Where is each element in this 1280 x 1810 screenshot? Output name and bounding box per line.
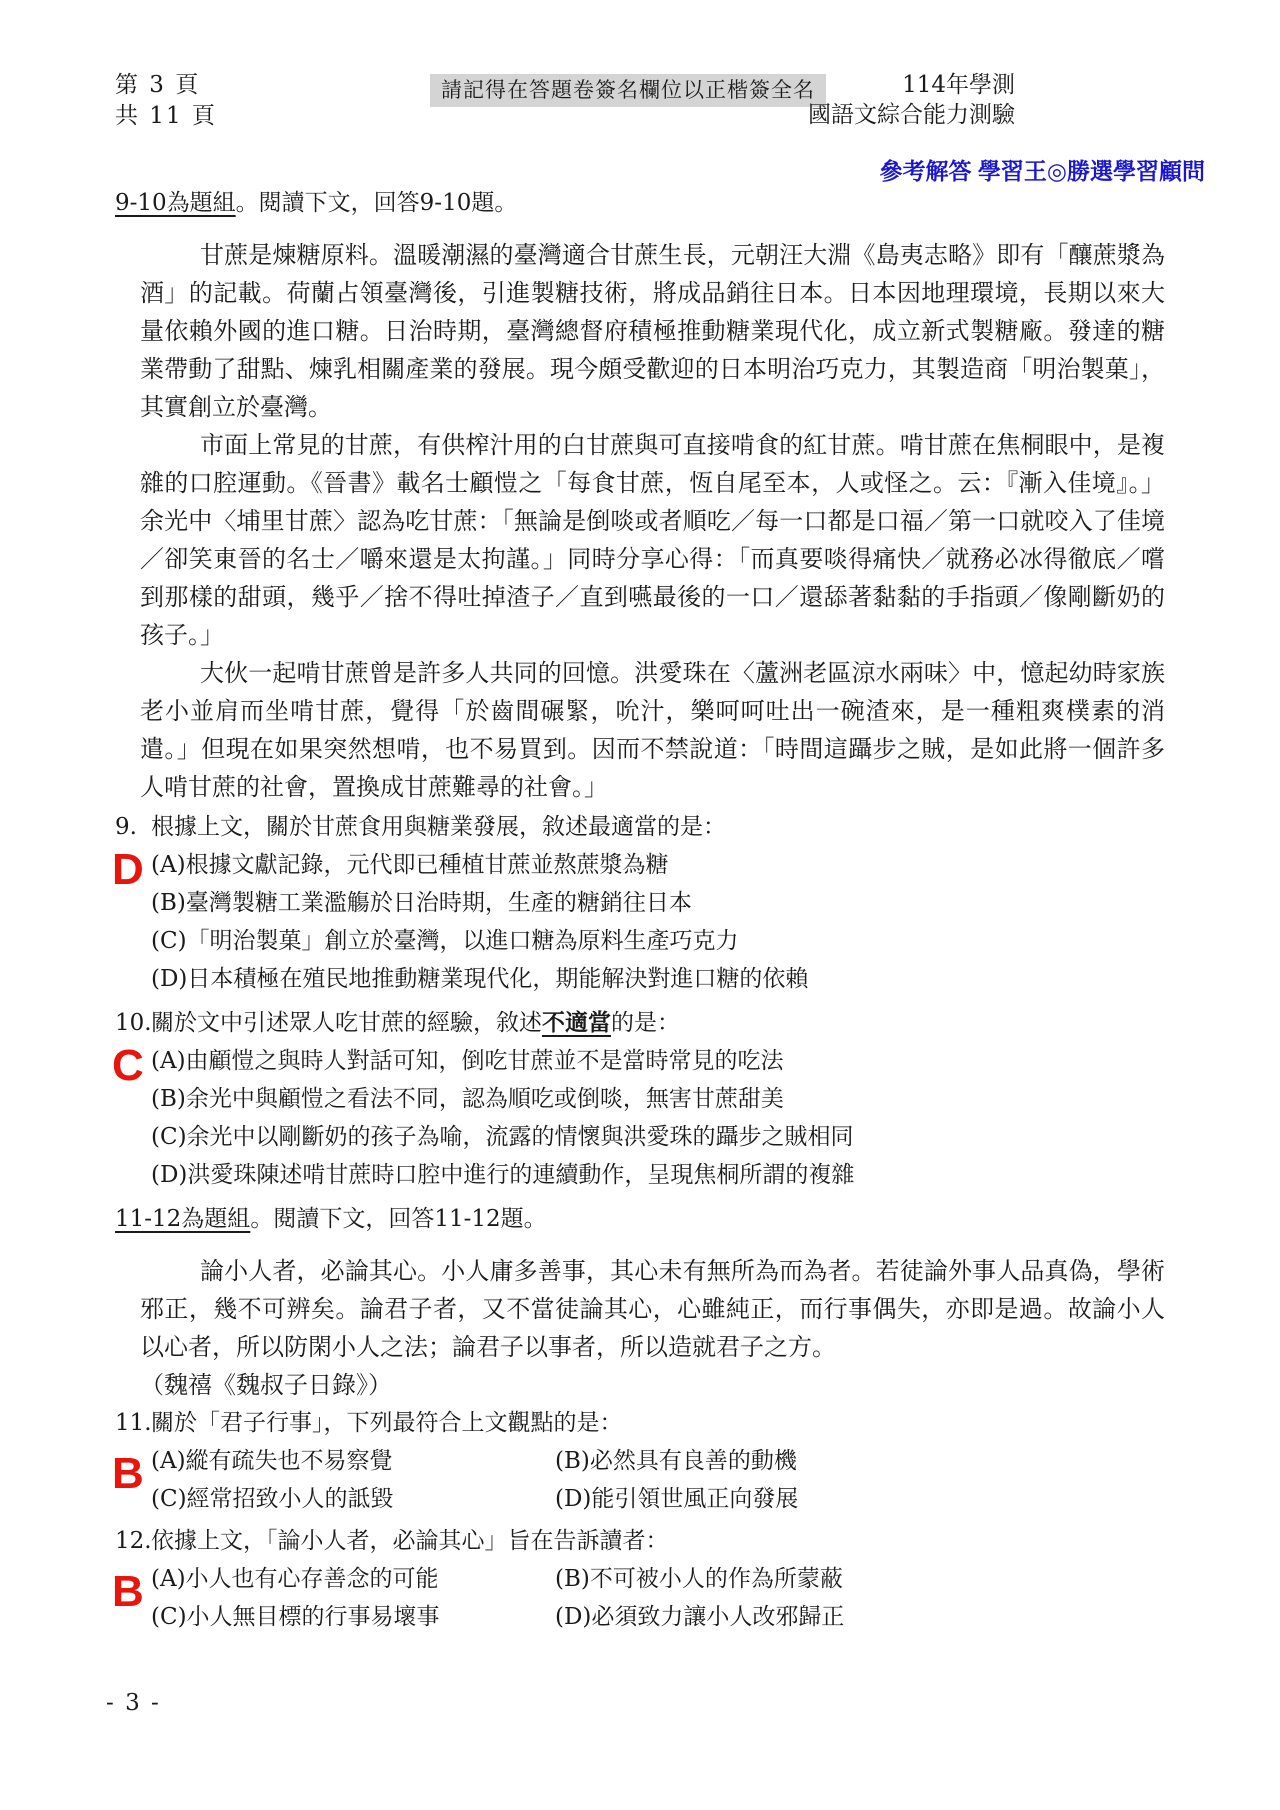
question-9-option-b: (B)臺灣製糖工業濫觴於日治時期，生產的糖銷往日本	[151, 884, 1165, 922]
question-9-answer-mark: D	[112, 848, 144, 892]
question-10-option-c: (C)余光中以剛斷奶的孩子為喻，流露的情懷與洪愛珠的躡步之賊相同	[151, 1118, 1165, 1156]
question-9-option-d: (D)日本積極在殖民地推動糖業現代化，期能解決對進口糖的依賴	[151, 960, 1165, 998]
passage-paragraph: 市面上常見的甘蔗，有供榨汁用的白甘蔗與可直接啃食的紅甘蔗。啃甘蔗在焦桐眼中，是複…	[140, 426, 1165, 654]
page-footer: - 3 -	[106, 1690, 161, 1716]
question-10-option-b: (B)余光中與顧愷之看法不同，認為順吃或倒啖，無害甘蔗甜美	[151, 1080, 1165, 1118]
exam-title-block: 114年學測 國語文綜合能力測驗	[808, 70, 1015, 130]
question-9-option-a: (A)根據文獻記錄，元代即已種植甘蔗並熬蔗漿為糖	[151, 846, 1165, 884]
question-11-option-d: (D)能引領世風正向發展	[555, 1480, 1165, 1518]
question-12-answer-mark: B	[112, 1570, 144, 1614]
page-count-block: 第 3 頁 共 11 頁	[115, 70, 217, 132]
group-11-12-label: 11-12為題組	[115, 1206, 250, 1232]
question-10-stem-post: 的是：	[611, 1010, 680, 1036]
question-10-option-d: (D)洪愛珠陳述啃甘蔗時口腔中進行的連續動作，呈現焦桐所謂的複雜	[151, 1156, 1165, 1194]
group-11-12-intro: 11-12為題組。閱讀下文，回答11-12題。	[115, 1204, 1165, 1234]
question-11-option-c: (C)經常招致小人的詆毀	[151, 1480, 555, 1518]
question-9-stem: 根據上文，關於甘蔗食用與糖業發展，敘述最適當的是：	[151, 808, 1165, 846]
question-10-stem-emphasis: 不適當	[542, 1009, 611, 1036]
exam-subject: 國語文綜合能力測驗	[808, 100, 1015, 130]
page-number-line: 第 3 頁	[115, 70, 217, 101]
passage-paragraph: 大伙一起啃甘蔗曾是許多人共同的回憶。洪愛珠在〈蘆洲老區涼水兩味〉中，憶起幼時家族…	[140, 654, 1165, 806]
group-9-10-label: 9-10為題組	[115, 190, 236, 216]
passage-source: （魏禧《魏叔子日錄》）	[140, 1366, 1165, 1404]
passage-paragraph: 甘蔗是煉糖原料。溫暖潮濕的臺灣適合甘蔗生長，元朝汪大淵《島夷志略》即有「釀蔗漿為…	[140, 236, 1165, 426]
exam-content: 9-10為題組。閱讀下文，回答9-10題。 甘蔗是煉糖原料。溫暖潮濕的臺灣適合甘…	[115, 188, 1165, 1636]
question-9-number: 9.	[115, 808, 137, 846]
group-9-10-intro: 9-10為題組。閱讀下文，回答9-10題。	[115, 188, 1165, 218]
question-12-option-a: (A)小人也有心存善念的可能	[151, 1560, 555, 1598]
question-12-option-b: (B)不可被小人的作為所蒙蔽	[555, 1560, 1165, 1598]
passage-sugarcane: 甘蔗是煉糖原料。溫暖潮濕的臺灣適合甘蔗生長，元朝汪大淵《島夷志略》即有「釀蔗漿為…	[140, 236, 1165, 806]
total-pages-line: 共 11 頁	[115, 101, 217, 132]
question-10-stem-pre: 關於文中引述眾人吃甘蔗的經驗，敘述	[151, 1010, 542, 1036]
question-10-stem: 關於文中引述眾人吃甘蔗的經驗，敘述不適當的是：	[151, 1004, 1165, 1042]
question-11-option-a: (A)縱有疏失也不易察覺	[151, 1442, 555, 1480]
signature-notice: 請記得在答題卷簽名欄位以正楷簽全名	[430, 74, 826, 107]
question-11-options: (A)縱有疏失也不易察覺 (B)必然具有良善的動機 (C)經常招致小人的詆毀 (…	[151, 1442, 1165, 1518]
question-11-stem: 關於「君子行事」，下列最符合上文觀點的是：	[151, 1404, 1165, 1442]
question-10: 10. 關於文中引述眾人吃甘蔗的經驗，敘述不適當的是： C (A)由顧愷之與時人…	[115, 1004, 1165, 1194]
question-12-option-c: (C)小人無目標的行事易壞事	[151, 1598, 555, 1636]
question-12-option-d: (D)必須致力讓小人改邪歸正	[555, 1598, 1165, 1636]
question-12-options: (A)小人也有心存善念的可能 (B)不可被小人的作為所蒙蔽 (C)小人無目標的行…	[151, 1560, 1165, 1636]
question-9-option-c: (C)「明治製菓」創立於臺灣，以進口糖為原料生產巧克力	[151, 922, 1165, 960]
question-11-answer-mark: B	[112, 1452, 144, 1496]
exam-year: 114年學測	[808, 70, 1015, 100]
question-11-number: 11.	[115, 1404, 152, 1442]
group-9-10-instruction: 。閱讀下文，回答9-10題。	[236, 190, 518, 216]
question-10-option-a: (A)由顧愷之與時人對話可知，倒吃甘蔗並不是當時常見的吃法	[151, 1042, 1165, 1080]
passage-paragraph: 論小人者，必論其心。小人庸多善事，其心未有無所為而為者。若徒論外事人品真偽，學術…	[140, 1252, 1165, 1366]
answer-key-watermark: 參考解答 學習王◎勝選學習顧問	[880, 157, 1205, 185]
passage-weixi: 論小人者，必論其心。小人庸多善事，其心未有無所為而為者。若徒論外事人品真偽，學術…	[140, 1252, 1165, 1404]
question-10-number: 10.	[115, 1004, 152, 1042]
question-11-option-b: (B)必然具有良善的動機	[555, 1442, 1165, 1480]
exam-page: 第 3 頁 共 11 頁 請記得在答題卷簽名欄位以正楷簽全名 114年學測 國語…	[0, 0, 1280, 1810]
question-12: 12. 依據上文，「論小人者，必論其心」旨在告訴讀者： B (A)小人也有心存善…	[115, 1522, 1165, 1636]
group-11-12-instruction: 。閱讀下文，回答11-12題。	[250, 1206, 546, 1232]
question-9: 9. 根據上文，關於甘蔗食用與糖業發展，敘述最適當的是： D (A)根據文獻記錄…	[115, 808, 1165, 998]
question-12-stem: 依據上文，「論小人者，必論其心」旨在告訴讀者：	[151, 1522, 1165, 1560]
question-12-number: 12.	[115, 1522, 152, 1560]
question-11: 11. 關於「君子行事」，下列最符合上文觀點的是： B (A)縱有疏失也不易察覺…	[115, 1404, 1165, 1518]
question-10-answer-mark: C	[112, 1044, 144, 1088]
